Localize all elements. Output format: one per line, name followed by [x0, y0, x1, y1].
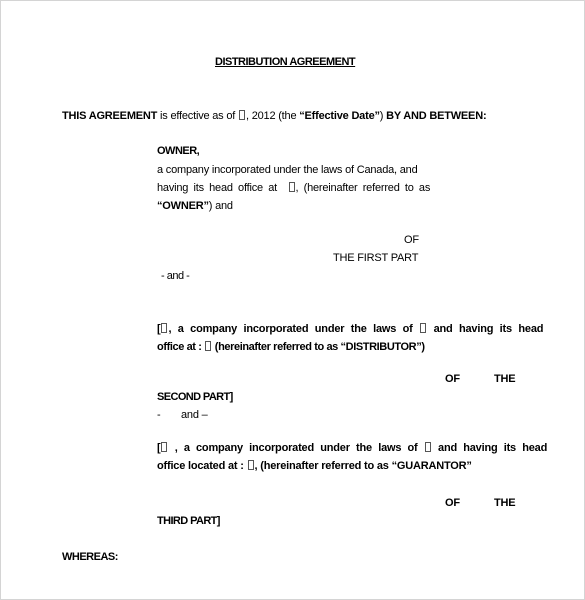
- distributor-of: OF: [445, 372, 460, 386]
- placeholder-box-icon: [205, 341, 211, 351]
- guarantor-line-2-b: , (hereinafter referred to as “GUARANTOR…: [255, 460, 472, 472]
- guarantor-line-2-a: office located at :: [157, 460, 247, 472]
- intro-text-2: , 2012 (the: [246, 110, 299, 122]
- owner-first-part: THE FIRST PART: [333, 251, 418, 265]
- guarantor-third-part: THIRD PART]: [157, 514, 220, 528]
- document-page: DISTRIBUTION AGREEMENT THIS AGREEMENT is…: [0, 0, 585, 600]
- whereas-heading: WHEREAS:: [62, 550, 118, 564]
- owner-line-3: “OWNER”) and: [157, 199, 233, 213]
- guarantor-of: OF: [445, 496, 460, 510]
- owner-line-3-rest: ) and: [209, 200, 233, 212]
- guarantor-the: THE: [494, 496, 515, 510]
- owner-name: OWNER,: [157, 144, 199, 158]
- placeholder-box-icon: [425, 442, 431, 452]
- distributor-line-1-c: and having its head: [427, 323, 543, 335]
- distributor-line-1: [, a company incorporated under the laws…: [157, 322, 543, 336]
- intro-paragraph: THIS AGREEMENT is effective as of , 2012…: [62, 109, 486, 123]
- distributor-bracket: [: [157, 323, 160, 335]
- owner-line-1: a company incorporated under the laws of…: [157, 163, 418, 177]
- owner-defined-term: “OWNER”: [157, 200, 209, 212]
- distributor-line-2-a: office at :: [157, 341, 204, 353]
- distributor-line-2: office at : (hereinafter referred to as …: [157, 340, 425, 354]
- distributor-second-part: SECOND PART]: [157, 390, 233, 404]
- placeholder-box-icon: [420, 323, 426, 333]
- guarantor-line-1-c: and having its head: [432, 442, 547, 454]
- effective-date-term: “Effective Date”: [299, 110, 380, 122]
- and-separator-2-text: and –: [181, 408, 208, 422]
- distributor-the: THE: [494, 372, 515, 386]
- owner-line-2-b: , (hereinafter referred to as: [296, 182, 431, 194]
- owner-line-2-a: having its head office at: [157, 182, 282, 194]
- intro-tail: BY AND BETWEEN:: [386, 110, 486, 122]
- owner-line-2: having its head office at , (hereinafter…: [157, 181, 430, 195]
- intro-text-1: is effective as of: [157, 110, 238, 122]
- distributor-line-2-b: (hereinafter referred to as “DISTRIBUTOR…: [212, 341, 424, 353]
- placeholder-box-icon: [161, 442, 167, 452]
- guarantor-line-1-b: , a company incorporated under the laws …: [168, 442, 423, 454]
- owner-of: OF: [404, 233, 419, 247]
- guarantor-line-2: office located at : , (hereinafter refer…: [157, 459, 472, 473]
- document-title: DISTRIBUTION AGREEMENT: [215, 55, 355, 69]
- guarantor-bracket: [: [157, 442, 160, 454]
- and-separator-2-dash: -: [157, 408, 160, 422]
- placeholder-box-icon: [239, 110, 245, 120]
- placeholder-box-icon: [161, 323, 167, 333]
- and-separator-1: - and -: [161, 269, 189, 283]
- intro-lead: THIS AGREEMENT: [62, 110, 157, 122]
- distributor-line-1-b: , a company incorporated under the laws …: [168, 323, 419, 335]
- placeholder-box-icon: [289, 182, 295, 192]
- placeholder-box-icon: [248, 460, 254, 470]
- guarantor-line-1: [ , a company incorporated under the law…: [157, 441, 547, 455]
